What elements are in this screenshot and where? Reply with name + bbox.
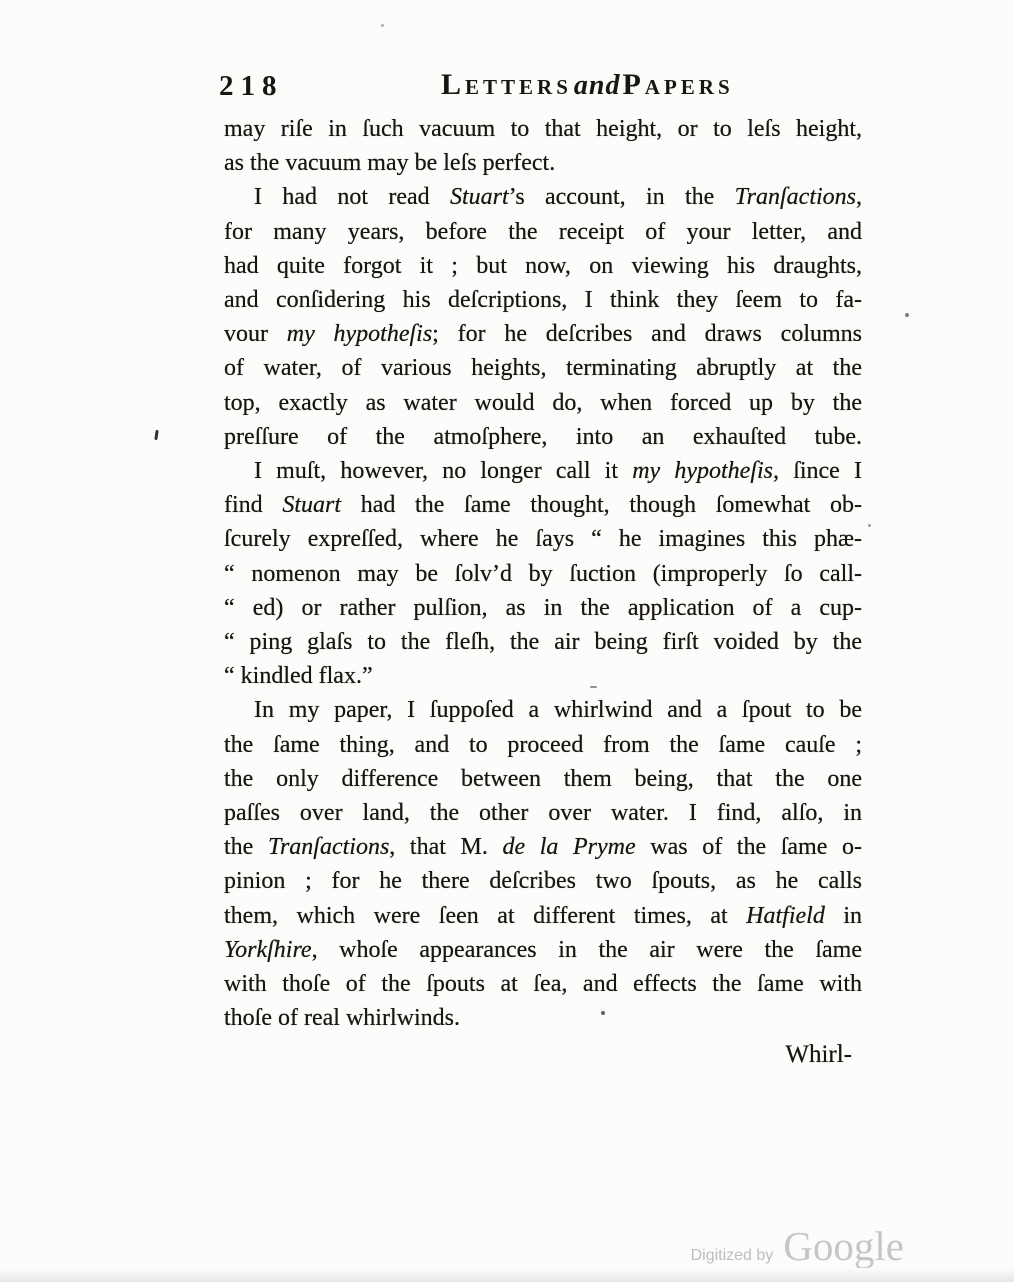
- catchword: Whirl-: [224, 1038, 862, 1072]
- text-line: as the vacuum may be leſs perfect.: [224, 146, 862, 180]
- text-line: paſſes over land, the other over water. …: [224, 796, 862, 830]
- text-line: “ nomenon may be ſolv’d by ſuction (impr…: [224, 557, 862, 591]
- text-line: preſſure of the atmoſphere, into an exha…: [224, 420, 862, 454]
- text-line: “ ed) or rather pulſion, as in the appli…: [224, 591, 862, 625]
- paragraph: I muſt, however, no longer call it my hy…: [224, 454, 862, 693]
- running-header-and: and: [572, 70, 623, 101]
- watermark: Digitized by Google: [691, 1222, 904, 1270]
- text-line: Yorkſhire, whoſe appearances in the air …: [224, 933, 862, 967]
- text-line: “ kindled flax.”: [224, 659, 862, 693]
- ink-speck: [905, 313, 909, 317]
- google-logo: Google: [783, 1222, 904, 1270]
- text-line: vour my hypotheſis; for he deſcribes and…: [224, 317, 862, 351]
- ink-speck: [590, 686, 597, 688]
- ink-speck: [868, 524, 871, 527]
- page-text: may riſe in ſuch vacuum to that height, …: [224, 112, 862, 1073]
- scan-bottom-edge: [0, 1268, 1014, 1282]
- ink-speck: [154, 430, 158, 440]
- ink-speck: [601, 1011, 605, 1015]
- text-line: thoſe of real whirlwinds.: [224, 1001, 862, 1035]
- text-line: In my paper, I ſuppoſed a whirlwind and …: [224, 693, 862, 727]
- text-line: pinion ; for he there deſcribes two ſpou…: [224, 864, 862, 898]
- page-number: 218: [219, 70, 284, 103]
- text-line: ſcurely expreſſed, where he ſays “ he im…: [224, 522, 862, 556]
- running-header-papers: Papers: [622, 68, 733, 101]
- scanned-book-page: 218 LettersandPapers may riſe in ſuch va…: [0, 0, 1014, 1282]
- text-line: them, which were ſeen at different times…: [224, 899, 862, 933]
- paragraph: may riſe in ſuch vacuum to that height, …: [224, 112, 862, 180]
- text-line: for many years, before the receipt of yo…: [224, 215, 862, 249]
- text-line: I muſt, however, no longer call it my hy…: [224, 454, 862, 488]
- text-line: and conſidering his deſcriptions, I thin…: [224, 283, 862, 317]
- text-line: the ſame thing, and to proceed from the …: [224, 728, 862, 762]
- text-line: “ ping glaſs to the fleſh, the air being…: [224, 625, 862, 659]
- text-line: had quite forgot it ; but now, on viewin…: [224, 249, 862, 283]
- text-line: find Stuart had the ſame thought, though…: [224, 488, 862, 522]
- paragraph: I had not read Stuart’s account, in the …: [224, 180, 862, 454]
- watermark-prefix: Digitized by: [691, 1247, 774, 1265]
- text-line: the only difference between them being, …: [224, 762, 862, 796]
- text-line: I had not read Stuart’s account, in the …: [224, 180, 862, 214]
- text-line: the Tranſactions, that M. de la Pryme wa…: [224, 830, 862, 864]
- text-line: top, exactly as water would do, when for…: [224, 386, 862, 420]
- running-header-letters: Letters: [441, 68, 572, 101]
- text-line: may riſe in ſuch vacuum to that height, …: [224, 112, 862, 146]
- paragraph: In my paper, I ſuppoſed a whirlwind and …: [224, 693, 862, 1035]
- text-line: with thoſe of the ſpouts at ſea, and eff…: [224, 967, 862, 1001]
- running-header: LettersandPapers: [441, 68, 734, 102]
- text-line: of water, of various heights, terminatin…: [224, 351, 862, 385]
- ink-speck: [381, 24, 384, 27]
